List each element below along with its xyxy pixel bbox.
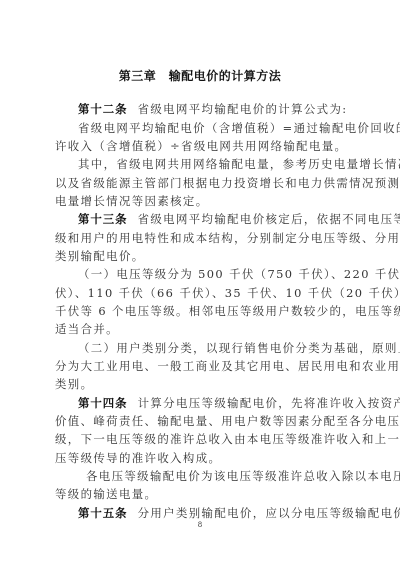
article-heading: 第十五条	[78, 506, 128, 520]
article-15-line-1: 第十五条分用户类别输配电价，应以分电压等级输配电价	[78, 506, 345, 520]
paragraph-line: 电量增长情况等因素核定。	[55, 194, 345, 208]
chapter-title: 第三章 输配电价的计算方法	[0, 67, 400, 84]
paragraph-line: 其中，省级电网共用网络输配电量，参考历史电量增长情况	[78, 157, 345, 171]
paragraph-line: 各电压等级输配电价为该电压等级准许总收入除以本电压	[86, 469, 345, 483]
paragraph-line: 类别。	[55, 377, 345, 391]
paragraph-line: 许收入（含增值税）÷省级电网共用网络输配电量。	[55, 139, 345, 153]
paragraph-line: 价值、峰荷责任、输配电量、用电户数等因素分配至各分电压等	[55, 414, 345, 428]
paragraph-line: 省级电网平均输配电价（含增值税）=通过输配电价回收的准	[78, 121, 345, 135]
article-12-line-1: 第十二条省级电网平均输配电价的计算公式为:	[78, 102, 345, 116]
article-13-line-1: 第十三条省级电网平均输配电价核定后，依据不同电压等	[78, 212, 345, 226]
paragraph-line: 级，下一电压等级的准许总收入由本电压等级准许收入和上一电	[55, 432, 345, 446]
article-heading: 第十四条	[78, 396, 128, 410]
paragraph-line: 等级的输送电量。	[55, 487, 345, 501]
paragraph-line: （二）用户类别分类，以现行销售电价分类为基础，原则上	[78, 341, 345, 355]
paragraph-line: 压等级传导的准许收入构成。	[55, 451, 345, 465]
article-heading: 第十三条	[78, 212, 128, 226]
article-heading: 第十二条	[78, 102, 128, 116]
paragraph-line: 适当合并。	[55, 322, 345, 336]
paragraph-line: 千伏等 6 个电压等级。相邻电压等级用户数较少的，电压等级可	[55, 304, 345, 318]
paragraph-line: 以及省级能源主管部门根据电力投资增长和电力供需情况预测的	[55, 176, 345, 190]
page-number: 8	[0, 521, 400, 529]
paragraph-line: 分为大工业用电、一般工商业及其它用电、居民用电和农业用电	[55, 359, 345, 373]
article-14-line-1: 第十四条计算分电压等级输配电价，先将准许收入按资产	[78, 396, 345, 410]
paragraph-line: （一）电压等级分为 500 千伏（750 千伏）、220 千伏（330 千	[78, 267, 345, 281]
paragraph-line: 类别输配电价。	[55, 249, 345, 263]
paragraph-line: 级和用户的用电特性和成本结构，分别制定分电压等级、分用户	[55, 231, 345, 245]
paragraph-line: 伏）、110 千伏（66 千伏）、35 千伏、10 千伏（20 千伏）和不满 1	[55, 286, 345, 300]
